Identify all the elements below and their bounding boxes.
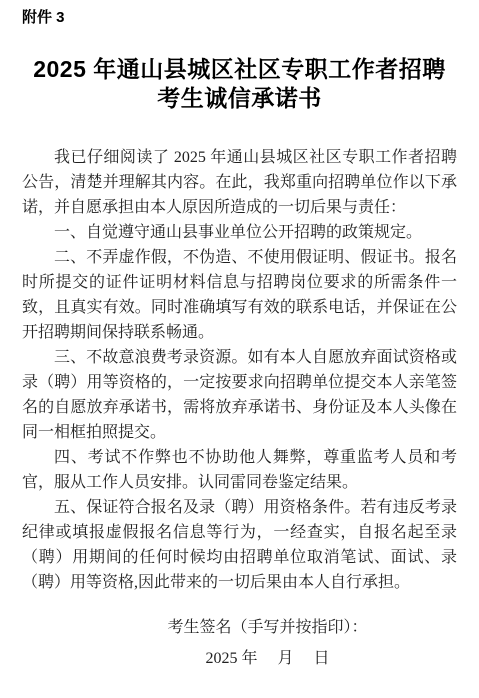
document-body: 我已仔细阅读了 2025 年通山县城区社区专职工作者招聘公告，清楚并理解其内容。… — [22, 145, 457, 595]
document-page: 附件 3 2025 年通山县城区社区专职工作者招聘 考生诚信承诺书 我已仔细阅读… — [0, 0, 479, 698]
title-line-1: 2025 年通山县城区社区专职工作者招聘 — [22, 55, 457, 84]
signature-block: 考生签名（手写并按指印）： 2025 年 月 日 — [50, 615, 479, 672]
paragraph-item-5: 五、保证符合报名及录（聘）用资格条件。若有违反考录纪律或填报虚假报名信息等行为，… — [22, 495, 457, 595]
paragraph-intro: 我已仔细阅读了 2025 年通山县城区社区专职工作者招聘公告，清楚并理解其内容。… — [22, 145, 457, 220]
document-title: 2025 年通山县城区社区专职工作者招聘 考生诚信承诺书 — [22, 55, 457, 113]
attachment-label: 附件 3 — [22, 8, 457, 28]
paragraph-item-3: 三、不故意浪费考录资源。如有本人自愿放弃面试资格或录（聘）用等资格的，一定按要求… — [22, 345, 457, 445]
signature-line: 考生签名（手写并按指印）： — [50, 615, 479, 641]
paragraph-item-4: 四、考试不作弊也不协助他人舞弊，尊重监考人员和考官，服从工作人员安排。认同雷同卷… — [22, 445, 457, 495]
title-line-2: 考生诚信承诺书 — [22, 84, 457, 113]
paragraph-item-2: 二、不弄虚作假，不伪造、不使用假证明、假证书。报名时所提交的证件证明材料信息与招… — [22, 245, 457, 345]
date-line: 2025 年 月 日 — [50, 646, 479, 672]
paragraph-item-1: 一、自觉遵守通山县事业单位公开招聘的政策规定。 — [22, 220, 457, 245]
